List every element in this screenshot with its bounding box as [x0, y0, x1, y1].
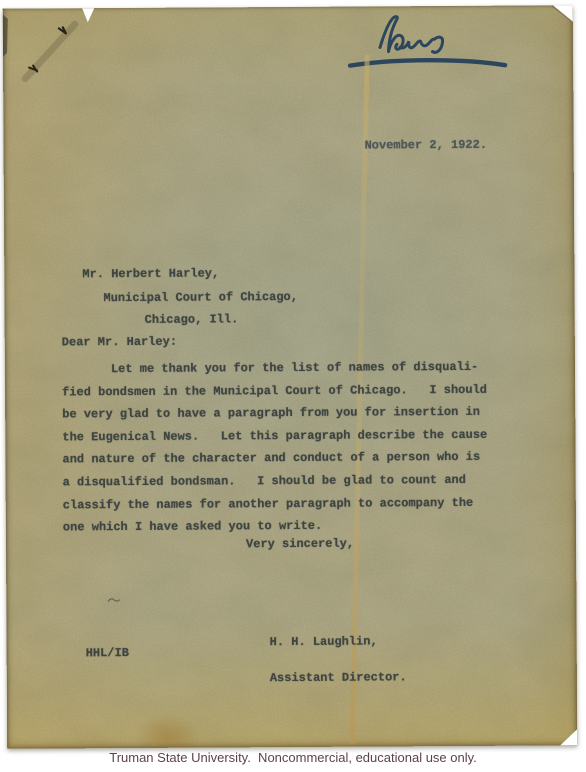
body-line: a disqualified bondsman. I should be gla…: [63, 469, 488, 494]
recipient-name-line: Mr. Herbert Harley,: [82, 266, 219, 281]
top-right-corner-cut: [552, 5, 574, 23]
bottom-right-corner-cut: [559, 729, 577, 746]
staple-mark-bottom: [29, 66, 37, 72]
staple-crease: [25, 24, 75, 78]
left-edge-scuff: [3, 15, 8, 57]
scanned-letter-page: November 2, 1922. Mr. Herbert Harley, Mu…: [0, 0, 586, 772]
body-line: be very glad to have a paragraph from yo…: [62, 401, 487, 426]
body-line: fied bondsmen in the Municipal Court of …: [62, 378, 487, 403]
recipient-city-line: Chicago, Ill.: [145, 312, 239, 327]
archive-caption: Truman State University. Noncommercial, …: [0, 750, 586, 765]
typist-initials: HHL/IB: [86, 646, 129, 660]
body-line: and nature of the character and conduct …: [62, 446, 487, 471]
salutation: Dear Mr. Harley:: [62, 335, 177, 350]
top-edge-notch: [82, 7, 95, 22]
handwritten-news-annotation: [350, 16, 505, 66]
signature-name: H. H. Laughlin,: [270, 635, 407, 648]
body-line: Let me thank you for the list of names o…: [62, 356, 487, 381]
letter-paper: November 2, 1922. Mr. Herbert Harley, Mu…: [3, 5, 578, 748]
signature-title: Assistant Director.: [270, 672, 407, 685]
letter-date: November 2, 1922.: [365, 138, 488, 153]
pencil-squiggle-mark: [108, 599, 119, 601]
body-line: classify the names for another paragraph…: [63, 491, 488, 516]
letter-body: Let me thank you for the list of names o…: [62, 356, 488, 539]
recipient-org-line: Municipal Court of Chicago,: [103, 290, 298, 305]
body-line: the Eugenical News. Let this paragraph d…: [62, 424, 487, 449]
closing-phrase: Very sincerely,: [246, 537, 354, 552]
staple-mark-top: [59, 27, 66, 33]
corner-cut-shadow: [552, 5, 573, 22]
signature-block: H. H. Laughlin, Assistant Director.: [269, 610, 406, 709]
body-line: one which I have asked you to write.: [63, 514, 488, 539]
